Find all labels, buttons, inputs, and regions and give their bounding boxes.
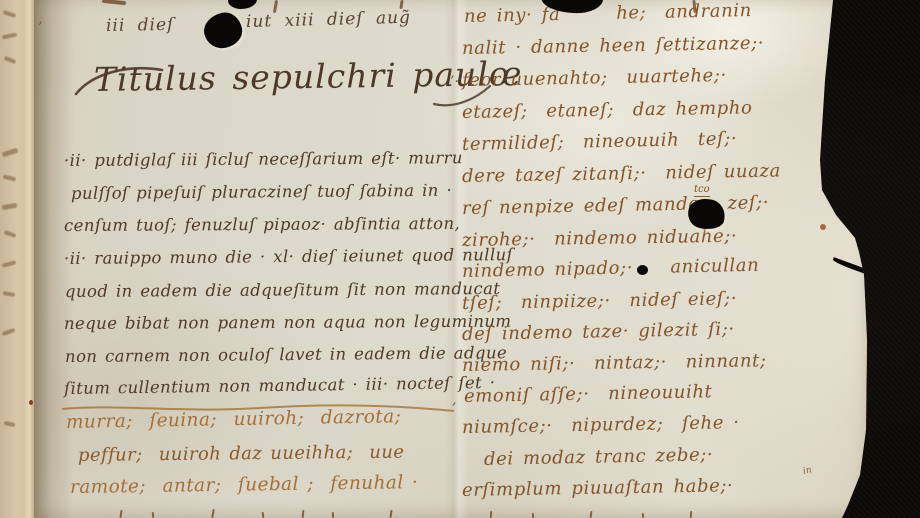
bleedthrough-mark [2,203,18,211]
text-line: pulſſoſ pipeſuiſ pluraczineſ tuoſ ſabina… [71,181,452,203]
margin-mark-top: ’ [38,20,42,36]
text-line: ·ii· putdiglaſ iii ſicluſ neceſſarium eſ… [64,148,463,170]
ink-fragment [102,0,126,5]
text-line: cenſum tuoſ; fenuzluſ pipaoz· abſintia a… [64,214,460,235]
pen-trial-mark: in [802,465,813,477]
bleedthrough-mark [3,291,16,297]
text-line: dere tazeſ zitanſi;· nideſ uuaza [462,160,781,187]
text-line: erſimplum piuuaſtan habe;· [462,475,734,501]
ink-fragment [690,511,693,518]
ink-fragment [332,512,334,518]
text-line: peffur; uuiroh daz uueihha; uue [78,442,405,466]
text-line: tſeſ; ninpiize;· nideſ eieſ;· [462,288,737,314]
bleedthrough-mark [2,328,16,336]
ink-fragment [490,511,493,518]
ink-fragment [211,509,215,518]
ink-fragment [590,511,593,518]
bleedthrough-mark [4,230,17,238]
text-line: nalit · danne heen ſettizanze;· [462,33,764,59]
text-line: non carnem non oculoſ lavet in eadem die… [65,343,507,366]
bleedthrough-mark [2,32,18,39]
ink-fragment [302,510,305,518]
text-line: ·ii· rauippo muno die · xl· dieſ ieiunet… [64,245,513,268]
ink-fragment [262,512,265,518]
red-ink-speck [29,400,33,405]
text-line: feor uuenahto; uuartehe;· [462,65,727,91]
manuscript-photo: iii dieſ iut xiii dieſ aug̃ ’ Titulus se… [0,0,920,518]
manuscript-page: iii dieſ iut xiii dieſ aug̃ ’ Titulus se… [34,0,874,518]
ink-blot [637,265,648,275]
text-line: ramote; antar; ſuebal ; fenuhal · [70,472,418,498]
text-line: murra; ſeuina; uuiroh; dazrota; [66,406,402,433]
text-line: zirohe;· nindemo niduahe;· [462,226,738,251]
margin-mark: , [452,392,456,408]
rust-speck [820,224,826,230]
margin-mark: ’· [450,74,459,90]
ink-fragment [532,513,535,518]
ink-fragment [119,510,122,518]
parchment-hole [201,9,245,51]
text-line: niumſce;· nipurdez; ſehe · [462,412,740,438]
bleedthrough-mark [3,10,17,18]
text-line: quod in eadem die adqueſitum ſit non man… [65,279,500,301]
ink-fragment [152,512,155,518]
ink-fragment [642,513,644,518]
date-line-left: iii dieſ [106,15,175,36]
bleedthrough-mark [2,260,17,267]
text-line: ſitum cullentium non manducat · iii· noc… [64,373,496,398]
bleedthrough-mark [3,174,17,181]
gutter-fold-highlight [24,0,33,518]
bleedthrough-mark [4,56,17,64]
bleedthrough-mark [4,421,16,427]
text-line: ne iny· fa he; andranin [464,0,752,27]
text-line: dei modaz tranc zebe;· [484,444,714,470]
text-line: emoniſ aſſe;· nineouuiht [464,381,713,407]
ink-fragment [389,510,392,518]
edge-tear [832,257,871,275]
text-line: deſ indemo taze· gilezit ſi;· [462,319,735,345]
parchment-hole [228,0,257,9]
text-line: niemo niſi;· nintaz;· ninnant; [462,350,767,376]
bleedthrough-mark [2,148,19,158]
text-line: neque bibat non panem non aqua non legum… [64,312,512,333]
date-line-right: iut xiii dieſ aug̃ [246,8,411,32]
text-line: etazeſ; etaneſ; daz hempho [462,97,753,123]
text-line: termilideſ; nineouuih teſ;· [462,128,738,155]
